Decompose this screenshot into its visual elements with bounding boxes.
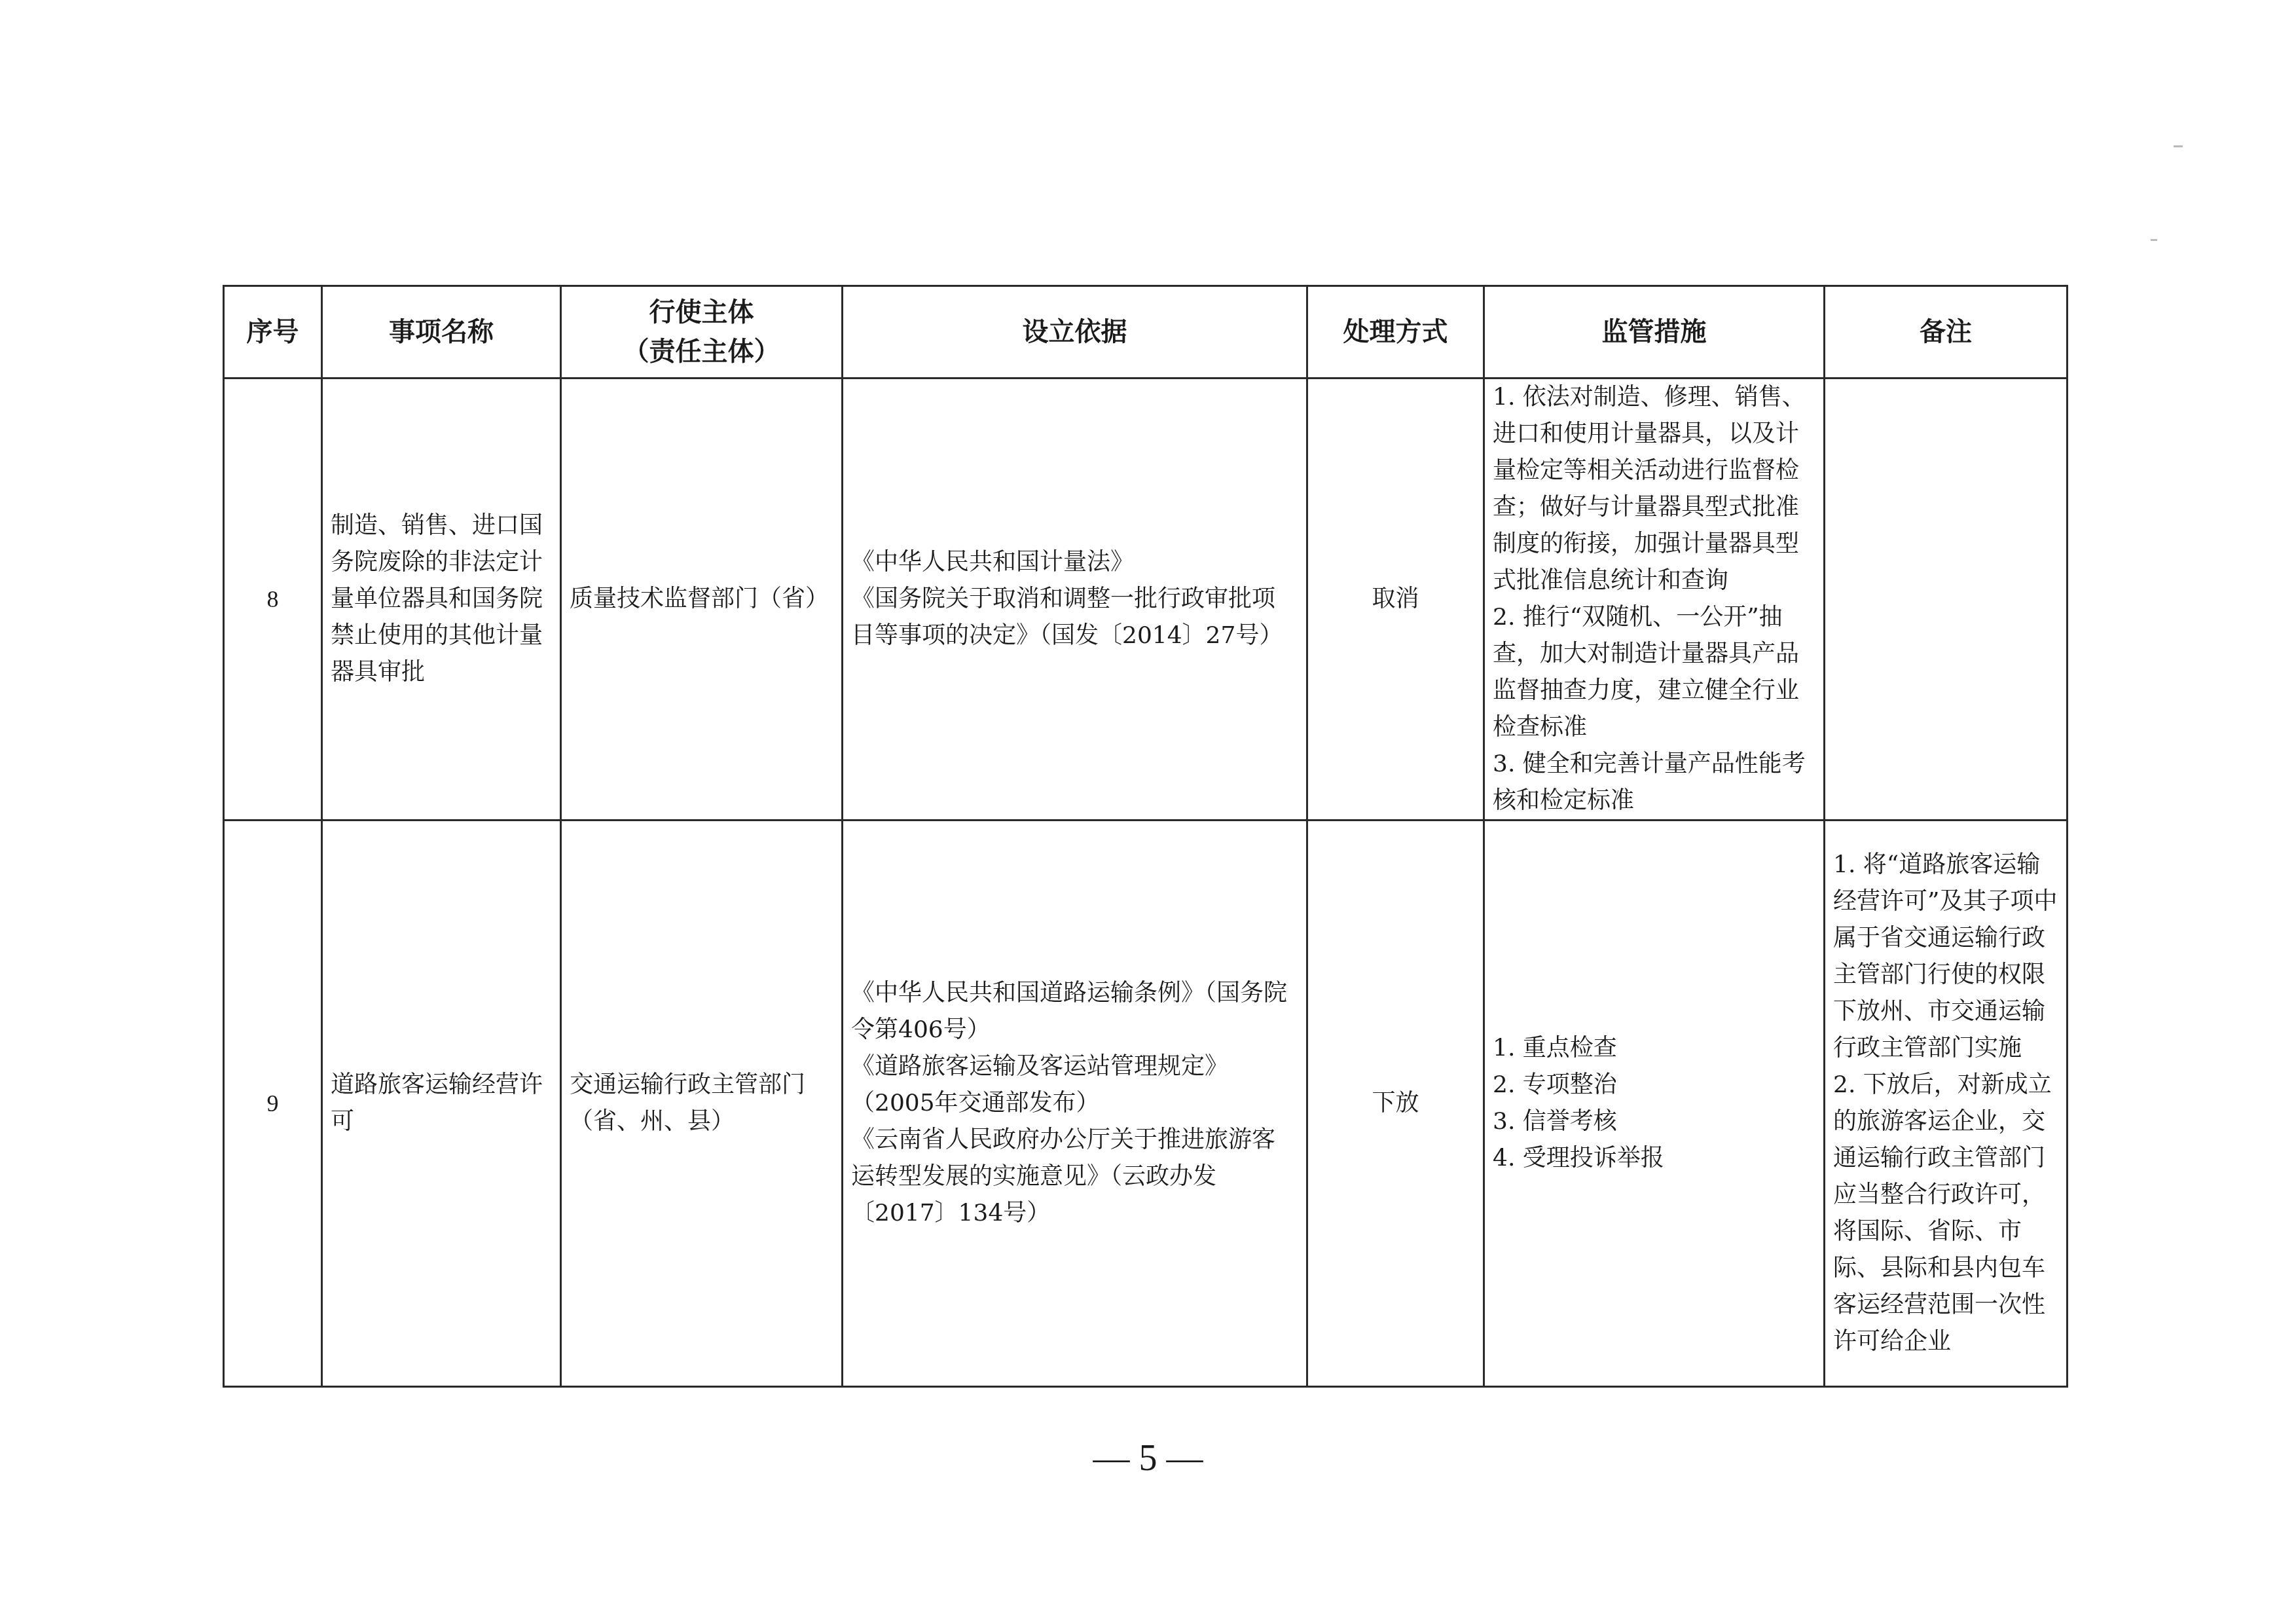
remarks-text: 1. 将“道路旅客运输经营许可”及其子项中属于省交通运输行政主管部门行使的权限下… [1825, 847, 2066, 1360]
supervision-text: 1. 重点检查 2. 专项整治 3. 信誉考核 4. 受理投诉举报 [1485, 1030, 1823, 1177]
item-name-text: 道路旅客运输经营许可 [323, 1067, 560, 1140]
header-index: 序号 [224, 286, 322, 378]
row-handling: 取消 [1307, 378, 1484, 821]
header-supervision: 监管措施 [1484, 286, 1825, 378]
row-exec-subject: 质量技术监督部门（省） [561, 378, 843, 821]
exec-subject-text: 交通运输行政主管部门（省、州、县） [562, 1067, 841, 1140]
basis-text: 《中华人民共和国道路运输条例》（国务院令第406号） 《道路旅客运输及客运站管理… [843, 975, 1306, 1232]
table-row: 9 道路旅客运输经营许可 交通运输行政主管部门（省、州、县） 《中华人民共和国道… [224, 821, 2068, 1387]
scan-speck [2151, 239, 2157, 241]
row-handling: 下放 [1307, 821, 1484, 1387]
row-supervision: 1. 重点检查 2. 专项整治 3. 信誉考核 4. 受理投诉举报 [1484, 821, 1825, 1387]
header-exec-subject: 行使主体 （责任主体） [561, 286, 843, 378]
scan-speck [2174, 145, 2183, 147]
header-exec-subject-line2: （责任主体） [562, 332, 841, 371]
header-exec-subject-line1: 行使主体 [562, 293, 841, 332]
row-remarks: 1. 将“道路旅客运输经营许可”及其子项中属于省交通运输行政主管部门行使的权限下… [1825, 821, 2068, 1387]
header-item-name: 事项名称 [322, 286, 561, 378]
basis-text: 《中华人民共和国计量法》 《国务院关于取消和调整一批行政审批项目等事项的决定》（… [843, 544, 1306, 654]
header-remarks: 备注 [1825, 286, 2068, 378]
page-number: — 5 — [0, 1437, 2296, 1479]
header-handling: 处理方式 [1307, 286, 1484, 378]
row-index: 9 [224, 821, 322, 1387]
row-remarks [1825, 378, 2068, 821]
row-item-name: 制造、销售、进口国务院废除的非法定计量单位器具和国务院禁止使用的其他计量器具审批 [322, 378, 561, 821]
row-basis: 《中华人民共和国计量法》 《国务院关于取消和调整一批行政审批项目等事项的决定》（… [843, 378, 1307, 821]
approval-items-table: 序号 事项名称 行使主体 （责任主体） 设立依据 处理方式 监管措施 备注 8 … [223, 285, 2068, 1388]
row-exec-subject: 交通运输行政主管部门（省、州、县） [561, 821, 843, 1387]
row-item-name: 道路旅客运输经营许可 [322, 821, 561, 1387]
header-row: 序号 事项名称 行使主体 （责任主体） 设立依据 处理方式 监管措施 备注 [224, 286, 2068, 378]
header-basis: 设立依据 [843, 286, 1307, 378]
table-row: 8 制造、销售、进口国务院废除的非法定计量单位器具和国务院禁止使用的其他计量器具… [224, 378, 2068, 821]
item-name-text: 制造、销售、进口国务院废除的非法定计量单位器具和国务院禁止使用的其他计量器具审批 [323, 507, 560, 691]
row-basis: 《中华人民共和国道路运输条例》（国务院令第406号） 《道路旅客运输及客运站管理… [843, 821, 1307, 1387]
row-index: 8 [224, 378, 322, 821]
exec-subject-text: 质量技术监督部门（省） [562, 581, 841, 618]
supervision-text: 1. 依法对制造、修理、销售、进口和使用计量器具，以及计量检定等相关活动进行监督… [1485, 379, 1823, 819]
row-supervision: 1. 依法对制造、修理、销售、进口和使用计量器具，以及计量检定等相关活动进行监督… [1484, 378, 1825, 821]
